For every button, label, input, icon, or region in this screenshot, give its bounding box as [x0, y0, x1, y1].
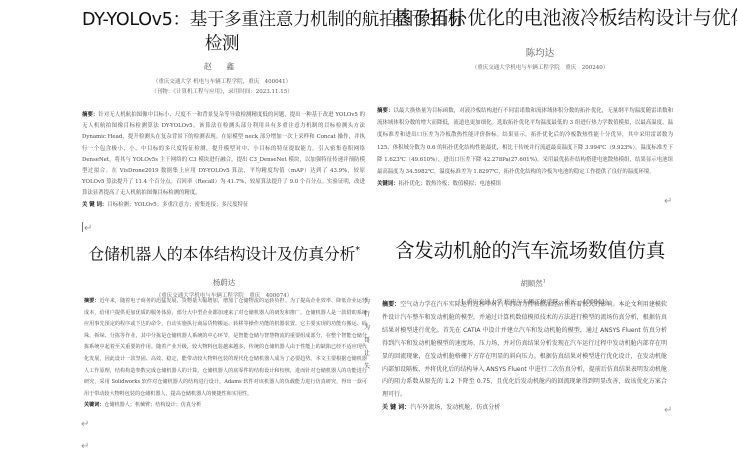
text-cursor [82, 222, 83, 232]
keywords-text: 汽车外流场，发动机舱，仿真分析 [410, 404, 500, 411]
paper-title-text: 仓储机器人的本体结构设计及仿真分析 [88, 244, 355, 263]
paper-top-left: DY-YOLOv5：基于多重注意力机制的航拍图像目标 检测 赵 鑫 （重庆交通大… [82, 8, 362, 95]
paper-affiliation: （重庆交通大学 机电与车辆工程学院，重庆 400041） [82, 77, 362, 85]
paragraph-mark-icon: ↵ [664, 196, 672, 207]
paper-title: DY-YOLOv5：基于多重注意力机制的航拍图像目标 检测 [82, 8, 362, 56]
abstract-text: 近年来，随着电子商务的迅猛发展，货物量大幅增加，增加了仓储物流的运转负担。为了提… [84, 298, 367, 397]
paper-bottom-right: 含发动机舱的汽车流场数值仿真 胡顺然1 （1.重庆交通大学 机电与车辆工程学院，… [383, 237, 683, 306]
paragraph-mark-icon: ↵ [81, 441, 89, 452]
keywords-label: 关 键 词： [382, 404, 410, 411]
abstract-label: 摘要： [377, 108, 393, 114]
paragraph-mark-icon: ↵ [664, 405, 672, 416]
paper-title: 含发动机舱的汽车流场数值仿真 [383, 237, 683, 265]
title-footnote-mark: * [355, 245, 360, 256]
abstract-label: 摘要： [82, 112, 98, 118]
paper-keywords: 关 键 词：汽车外流场，发动机舱，仿真分析 [382, 402, 667, 415]
keywords-label: 关键词： [377, 181, 399, 187]
paragraph-mark-icon: ↵ [81, 419, 89, 430]
paper-author: 陈均达 [390, 45, 690, 59]
keywords-label: 关 键 词： [82, 202, 107, 208]
paper-title-line1: DY-YOLOv5：基于多重注意力机制的航拍图像目标 [82, 8, 362, 32]
paper-top-right: 基于拓扑优化的电池液冷板结构设计与优化 陈均达 （重庆交通大学机电与车辆工程学院… [390, 5, 690, 71]
paper-abstract: 摘要：以最大换热量为目标函数，对液冷板结构进行不同雷诺数和流体域体积分数的拓扑优… [377, 105, 673, 190]
paper-title-line2: 检测 [82, 32, 362, 56]
paragraph-mark-icon: ↵ [84, 223, 92, 234]
paper-affiliation: （重庆交通大学机电与车辆工程学院 重庆 200240） [390, 63, 690, 71]
paper-title: 基于拓扑优化的电池液冷板结构设计与优化 [390, 5, 690, 31]
paper-keywords: 关 键 词：目标检测；YOLOv5；多重注意力；密集连接；多尺度特征 [82, 200, 365, 211]
paper-author-name: 胡顺然 [520, 279, 543, 288]
keywords-text: 拓扑优化；散热冷板；数值模拟；电池模组 [399, 181, 501, 187]
abstract-text: 针对无人机航拍图像中目标小、尺度不一和背景复杂等导致检测精度低的问题，提出一种基… [82, 112, 365, 196]
author-affiliation-mark: 1 [543, 280, 546, 285]
paper-author: 胡顺然1 [383, 278, 683, 289]
paper-author: 杨蔚达 [84, 277, 364, 288]
paper-journal-info: （刊物：《计算机工程与应用》，录用时间：2023.11.15） [82, 87, 362, 95]
abstract-label: 摘要： [382, 301, 400, 308]
paper-abstract: 摘要：近年来，随着电子商务的迅猛发展，货物量大幅增加，增加了仓储物流的运转负担。… [84, 296, 367, 412]
abstract-text: 空气动力学在汽车实际运行过程中对汽车的动力性和燃油经济性有着很大的影响。本论文利… [382, 301, 667, 398]
keywords-label: 关键词： [84, 402, 104, 408]
abstract-label: 摘要： [84, 298, 99, 304]
abstract-text: 以最大换热量为目标函数，对液冷板结构进行不同雷诺数和流体域体积分数的拓扑优化，无… [377, 108, 673, 175]
paper-keywords: 关键词：仓储机器人；机械臂；结构设计；仿真分析 [84, 400, 367, 412]
paper-title: 仓储机器人的本体结构设计及仿真分析* [84, 240, 364, 265]
paper-abstract: 摘要：空气动力学在汽车实际运行过程中对汽车的动力性和燃油经济性有着很大的影响。本… [382, 299, 667, 415]
paper-bottom-left: 仓储机器人的本体结构设计及仿真分析* 杨蔚达 （重庆交通大学机电与车辆工程学院 … [84, 240, 364, 299]
keywords-text: 仓储机器人；机械臂；结构设计；仿真分析 [104, 402, 201, 408]
paper-keywords: 关键词：拓扑优化；散热冷板；数值模拟；电池模组 [377, 178, 673, 190]
paper-abstract: 摘要：针对无人机航拍图像中目标小、尺度不一和背景复杂等导致检测精度低的问题，提出… [82, 110, 365, 211]
paper-author: 赵 鑫 [82, 61, 362, 72]
clipped-edge-text: 为 行 为 哥 让 失 [364, 295, 373, 373]
keywords-text: 目标检测；YOLOv5；多重注意力；密集连接；多尺度特征 [107, 202, 248, 208]
